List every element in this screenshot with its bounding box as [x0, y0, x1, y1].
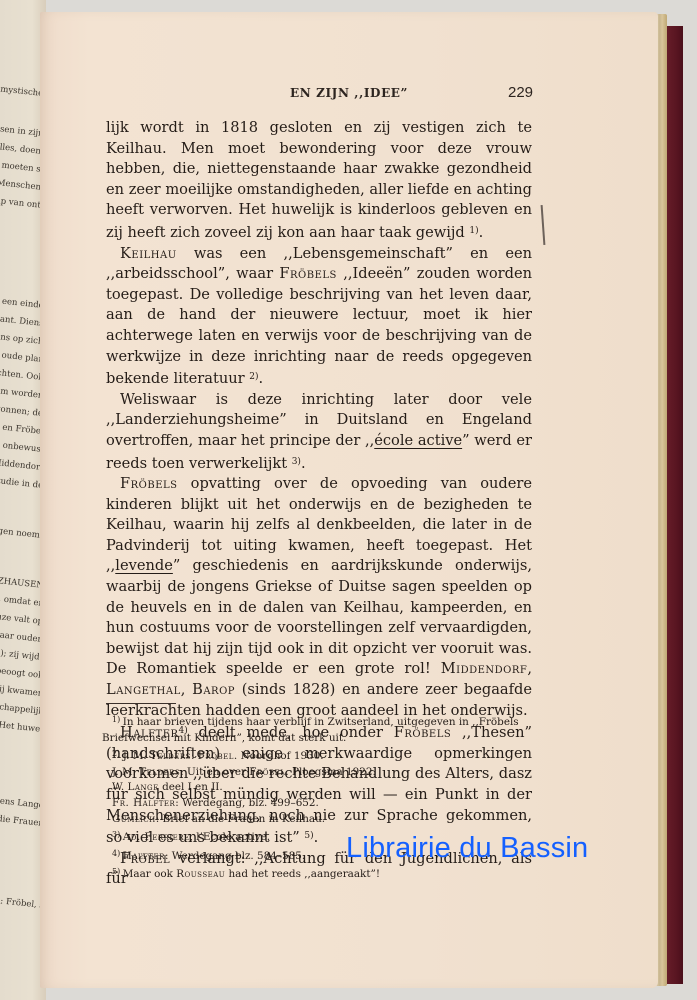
facing-page-text-fragment: nan en Fröbel — [0, 420, 44, 438]
small-caps-name: Fröbels — [279, 265, 337, 282]
footnote-text: : Werdegang blz. 584–585. — [165, 850, 305, 862]
facing-page-text-fragment: eit”. Het huwe- — [0, 717, 44, 736]
footnote-ref-2: 2) — [249, 372, 258, 382]
facing-page-text-fragment: ijwel onbewus- — [0, 437, 44, 456]
small-caps-name: Fröbels — [120, 475, 178, 492]
footnote-text: : Uit en over — [180, 766, 249, 778]
facing-page-text-fragment: Sax, volgens Lange — [0, 791, 44, 812]
footnote-text: : Werdegang, blz. 499–652. — [175, 797, 319, 809]
punctuation: . — [479, 224, 484, 241]
footnote-divider — [106, 703, 176, 704]
footnote-number: 2) — [112, 749, 123, 758]
footnote-line: 1) In haar brieven tijdens haar verblijf… — [102, 712, 532, 731]
small-caps-name: Barop — [192, 681, 235, 698]
small-caps-name: Gumlich — [112, 813, 156, 825]
paragraph-text: lijk wordt in 1818 gesloten en zij vesti… — [106, 119, 532, 241]
footnote-text: had het reeds ,,aangeraakt”! — [225, 868, 380, 880]
facing-page-text-fragment: zijn oude plan — [0, 348, 44, 366]
facing-page-text-fragment: e mystische — [0, 83, 44, 100]
facing-page-text-fragment: ijn keuze valt op — [0, 609, 44, 628]
small-caps-name: Fröbel — [198, 750, 234, 762]
small-caps-name: Ad. Ferriere — [123, 831, 190, 843]
small-caps-name: Rousseau — [176, 868, 225, 880]
small-caps-name: Fröbel — [249, 766, 285, 778]
small-caps-name: Middendorf — [441, 660, 528, 677]
paragraph-2: Keilhau was een ,,Lebensgemeinschaft” en… — [106, 244, 532, 390]
facing-page-text-fragment: ing een einde — [0, 294, 44, 312]
underlined-phrase: école active — [374, 432, 462, 449]
footnote-text: W. — [112, 781, 127, 793]
underlined-phrase: levende — [115, 557, 173, 574]
small-caps-name: Langethal — [106, 681, 181, 698]
footnote-text: . Noordhof 1930. — [234, 750, 324, 762]
footnote-text: J. M. — [112, 766, 139, 778]
facing-page-text-fragment: an hem worden — [0, 383, 44, 402]
paragraph-1: lijk wordt in 1818 gesloten en zij vesti… — [106, 118, 532, 244]
paragraph-text: ,,Ideeën” zouden worden toegepast. De vo… — [106, 265, 532, 387]
footnote-text: Maar ook — [123, 868, 176, 880]
footnote-text: J. M. — [123, 750, 150, 762]
facing-page-text-fragment: alles, doen- — [0, 141, 44, 158]
facing-page-text-fragment: assen in zijn — [0, 122, 44, 139]
facing-page-text-fragment: e stichten. Ook — [0, 365, 44, 384]
page-number: 229 — [508, 84, 533, 101]
facing-page-text-fragment: rap van ont- — [0, 195, 44, 212]
footnote-ref-3: 3) — [292, 457, 301, 467]
punctuation: . — [301, 455, 306, 472]
facing-page-text-fragment: zoons op zich — [0, 330, 44, 348]
facing-page-text-fragment: wen, omdat en — [0, 591, 44, 610]
small-caps-name: Keilhau — [120, 245, 177, 262]
facing-page-text-fragment: N HOLZHAUSEN — [0, 572, 44, 592]
facing-page-text-fragment: n studie in de — [0, 474, 44, 492]
paragraph-3: Weliswaar is deze inrichting later door … — [106, 390, 532, 474]
small-caps-name: Telders — [150, 750, 191, 762]
facing-page-text-fragment: usz. Zij kwamen — [0, 681, 44, 700]
facing-page-text-fragment: begonnen; de — [0, 402, 44, 420]
footnote-line: J. M. Telders: Uit en over Fröbel. Ploeg… — [102, 765, 532, 781]
footnote-ref-1: 1) — [469, 226, 478, 236]
punctuation: , — [181, 681, 192, 698]
footnote-text: deel I en II. — [159, 781, 223, 793]
footnote-line: W. Lange deel I en II. — [102, 780, 532, 796]
facing-page-text-fragment: edikant. Diens — [0, 312, 44, 330]
watermark: Librairie du Bassin — [346, 832, 588, 865]
facing-page-text-fragment: de Menschen- — [0, 176, 44, 194]
footnote-text: . Ploegsma 1922. — [285, 766, 375, 778]
small-caps-name: Lange — [127, 781, 158, 793]
footnote-line: Briefwechsel mit Kindern”, komt dat ster… — [102, 731, 532, 747]
small-caps-name: Fr. Halfter — [112, 797, 175, 809]
footnote-text: , l’Ecole active. — [190, 831, 271, 843]
footnote-line: 5) Maar ook Rousseau had het reeds ,,aan… — [102, 864, 532, 883]
facing-page-text-fragment: en beoogt ook — [0, 664, 44, 682]
facing-page-text-fragment: moeten s- — [1, 160, 44, 176]
facing-page-text-fragment: twee jaar ouder. — [0, 627, 44, 646]
facing-page-text-fragment: n Middendorf — [0, 456, 44, 474]
footnote-number: 5) — [112, 867, 123, 876]
facing-page-text-fragment: oet 3); zij wijdt — [0, 645, 44, 664]
footnote-line: Fr. Halfter: Werdegang, blz. 499–652. — [102, 796, 532, 812]
footnote-number: 1) — [112, 715, 123, 724]
running-head: EN ZIJN ,,IDEE” — [290, 86, 408, 100]
footnote-line: 2) J. M. Telders: Fröbel. Noordhof 1930. — [102, 746, 532, 765]
footnote-text: In haar brieven tijdens haar verblijf in… — [123, 716, 519, 728]
footnote-line: Gumlich: Brief an die Frauen in Keilhau. — [102, 812, 532, 828]
footnote-number: 3) — [112, 830, 123, 839]
footnote-text: Briefwechsel mit Kindern”, komt dat ster… — [102, 732, 346, 744]
facing-page-text-fragment: MÜLLER: Fröbel, s — [0, 891, 44, 912]
punctuation: . — [259, 370, 264, 387]
paragraph-4: Fröbels opvatting over de opvoeding van … — [106, 474, 532, 721]
small-caps-name: Halfter — [123, 850, 165, 862]
footnote-number: 4) — [112, 849, 123, 858]
facing-page-text-fragment: ,,Brief an die Frauen — [0, 809, 44, 830]
facing-page-text-fragment: erlingen noemt — [0, 523, 44, 542]
small-caps-name: Telders — [139, 766, 180, 778]
footnote-text: : — [191, 750, 198, 762]
punctuation: , — [527, 660, 532, 677]
footnote-text: : Brief an die Frauen in Keilhau. — [156, 813, 325, 825]
